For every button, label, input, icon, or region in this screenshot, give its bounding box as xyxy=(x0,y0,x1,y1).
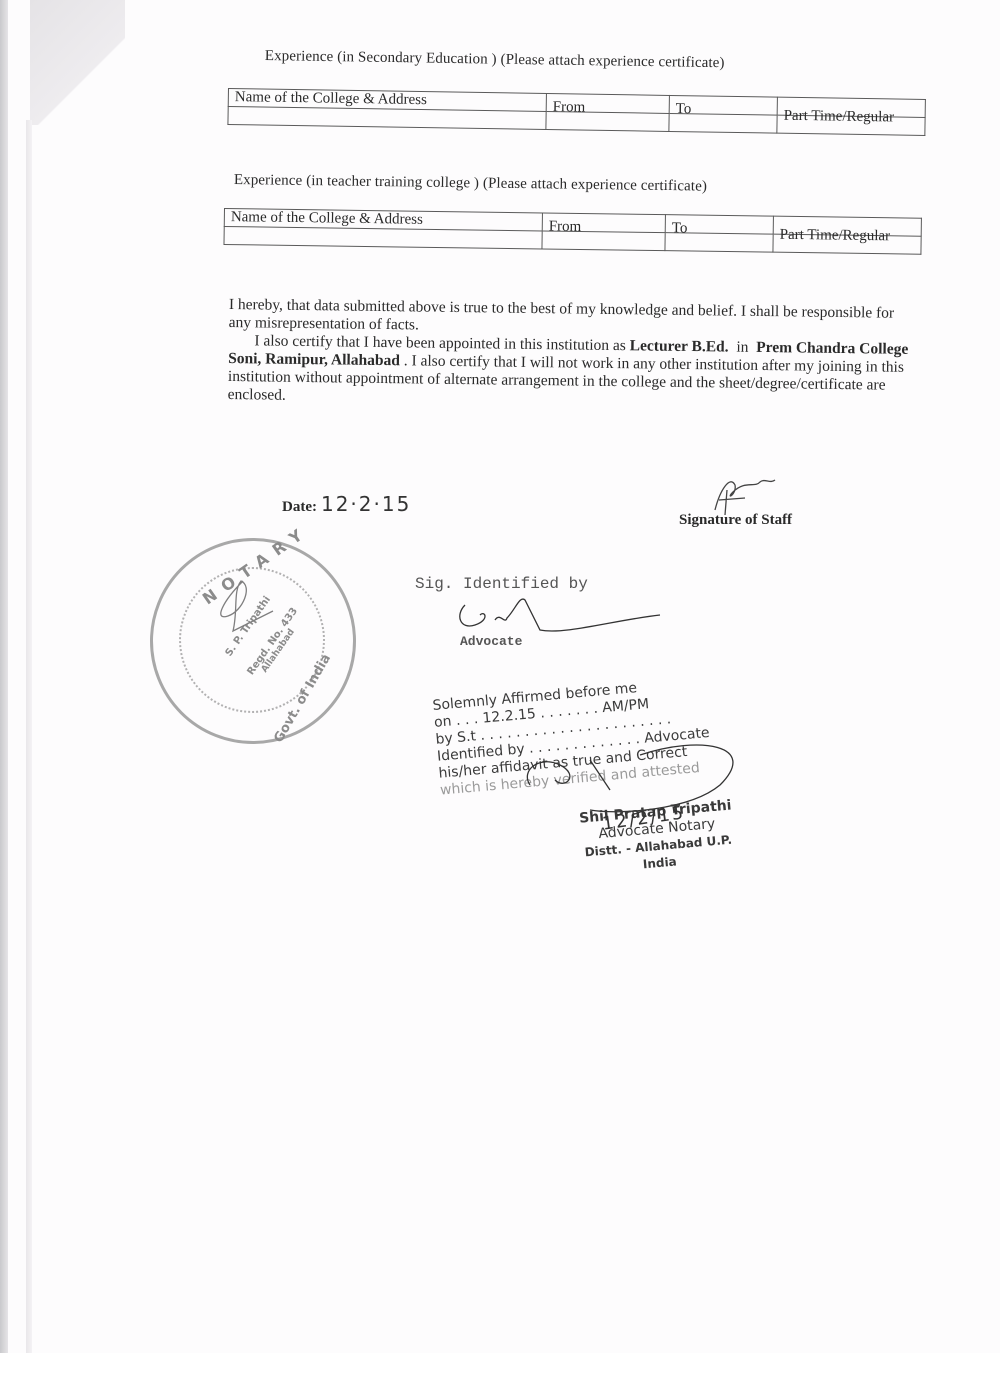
staff-signature-scrawl-icon xyxy=(705,470,795,515)
secondary-experience-table: Name of the College & Address From To Pa… xyxy=(227,88,925,136)
column-header: To xyxy=(676,101,692,117)
section-title: Experience (in teacher training college … xyxy=(234,172,707,196)
notary-seal-stamp: NOTARY S. P. Tripathi Regd. No. 433 Alla… xyxy=(150,538,356,744)
stamp-signature-scrawl-icon xyxy=(203,571,283,651)
position-title: Lecturer B.Ed. xyxy=(630,337,729,355)
scan-folded-corner xyxy=(30,0,125,125)
date-handwritten-value: 12·2·15 xyxy=(321,492,411,516)
column-header: Part Time/Regular xyxy=(784,108,895,126)
scan-fold-shadow xyxy=(26,120,32,1355)
advocate-label: Advocate xyxy=(460,634,522,649)
column-header: From xyxy=(549,219,582,235)
declaration-paragraph-2: I also certify that I have been appointe… xyxy=(228,332,919,413)
scan-bottom-margin xyxy=(0,1353,1000,1375)
training-experience-table: Name of the College & Address From To Pa… xyxy=(223,208,921,255)
section-title: Experience (in Secondary Education ) (Pl… xyxy=(265,48,725,72)
secondary-experience-section: Experience (in Secondary Education ) (Pl… xyxy=(265,48,725,80)
table-cell[interactable] xyxy=(224,227,542,249)
column-header: From xyxy=(553,99,586,116)
staff-signature-label: Signature of Staff xyxy=(679,512,792,529)
date-label: Date: xyxy=(282,499,317,515)
column-header: Part Time/Regular xyxy=(780,227,891,245)
date-field: Date: 12·2·15 xyxy=(282,492,411,516)
declaration-text: I hereby, that data submitted above is t… xyxy=(228,296,919,413)
scan-left-edge xyxy=(0,0,8,1355)
table-cell[interactable] xyxy=(228,107,546,130)
column-header: To xyxy=(672,220,688,236)
training-experience-section: Experience (in teacher training college … xyxy=(234,172,707,204)
